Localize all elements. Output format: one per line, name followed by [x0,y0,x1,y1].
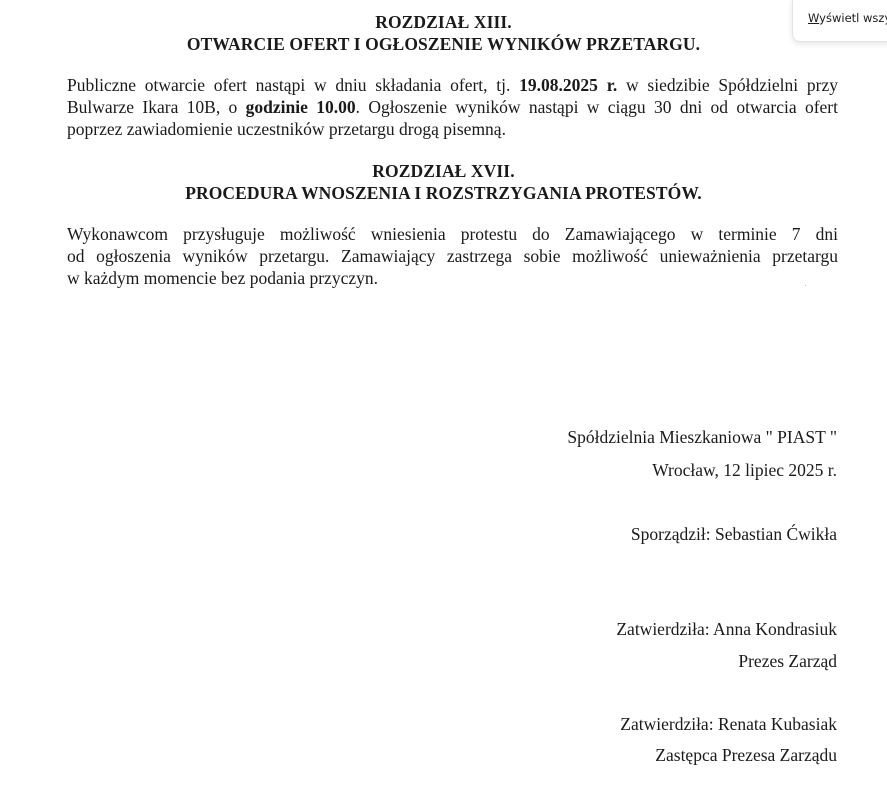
time-emphasis: godzinie 10.00 [246,97,356,117]
document-page: ROZDZIAŁ XIII. OTWARCIE OFERT I OGŁOSZEN… [0,0,887,787]
scan-speck [805,285,806,286]
paragraph-line: w każdym momencie bez podania przyczyn. [67,267,838,289]
section-title: ROZDZIAŁ XIII. [0,11,887,33]
paragraph-line: Publiczne otwarcie ofert nastąpi w dniu … [67,74,838,96]
date-emphasis: 19.08.2025 r. [519,75,617,95]
paragraph-line: Bulwarze Ikara 10B, o godzinie 10.00. Og… [67,96,838,118]
show-all-popup: Wyświetl wszys [792,0,887,42]
approved-by-1: Zatwierdziła: Anna Kondrasiuk [616,618,837,640]
section-subtitle: PROCEDURA WNOSZENIA I ROZSTRZYGANIA PROT… [0,182,887,204]
organization-name: Spółdzielnia Mieszkaniowa " PIAST " [567,426,837,448]
prepared-by: Sporządził: Sebastian Ćwikła [631,523,837,545]
show-all-button[interactable]: Wyświetl wszys [808,11,887,25]
section-17-paragraph: Wykonawcom przysługuje możliwość wniesie… [67,223,838,289]
section-title: ROZDZIAŁ XVII. [0,160,887,182]
section-17-heading: ROZDZIAŁ XVII. PROCEDURA WNOSZENIA I ROZ… [0,160,887,204]
paragraph-line: od ogłoszenia wyników przetargu. Zamawia… [67,245,838,267]
accelerator-key: W [808,11,819,25]
section-13-heading: ROZDZIAŁ XIII. OTWARCIE OFERT I OGŁOSZEN… [0,11,887,55]
section-13-paragraph: Publiczne otwarcie ofert nastąpi w dniu … [67,74,838,140]
section-subtitle: OTWARCIE OFERT I OGŁOSZENIE WYNIKÓW PRZE… [0,33,887,55]
place-date: Wrocław, 12 lipiec 2025 r. [652,459,837,481]
paragraph-line: Wykonawcom przysługuje możliwość wniesie… [67,223,838,245]
show-all-label: yświetl wszys [819,11,887,25]
approved-by-2: Zatwierdziła: Renata Kubasiak [620,713,837,735]
paragraph-line: poprzez zawiadomienie uczestników przeta… [67,118,838,140]
approved-by-1-role: Prezes Zarząd [738,650,837,672]
approved-by-2-role: Zastępca Prezesa Zarządu [655,744,837,766]
